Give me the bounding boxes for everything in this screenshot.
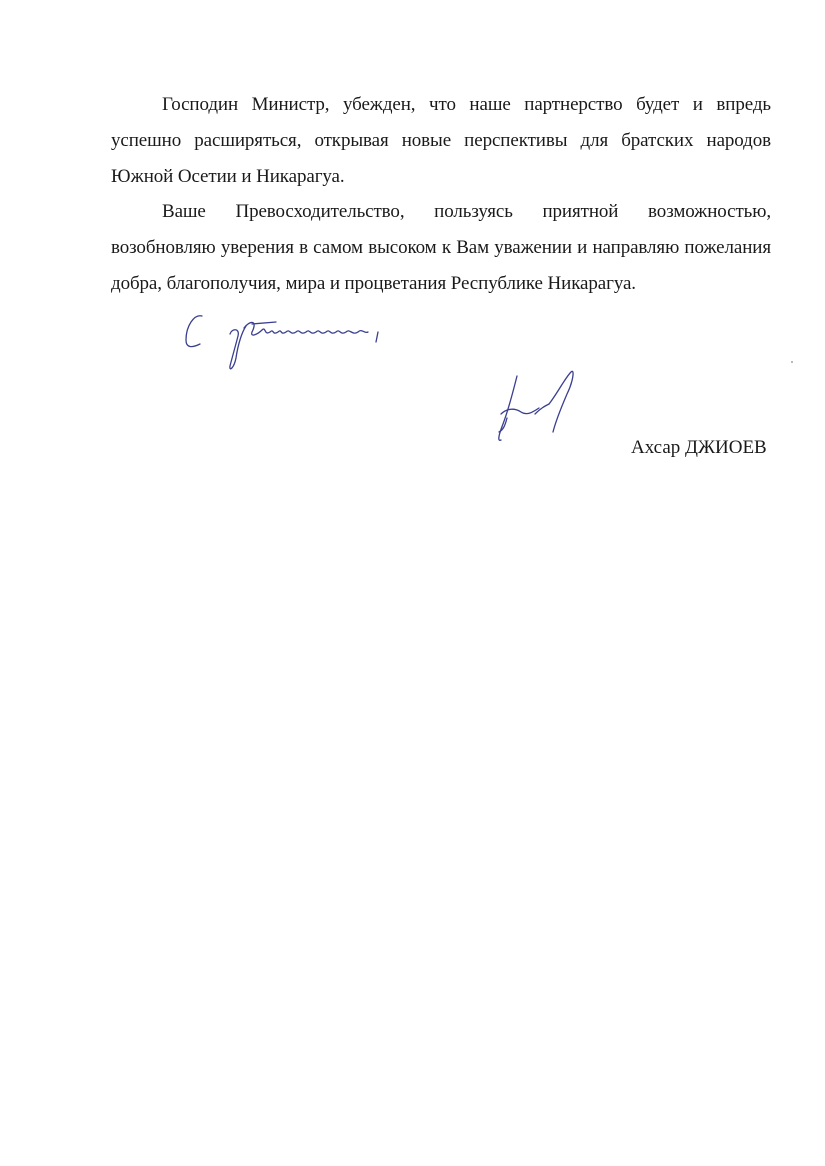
handwriting-icon bbox=[180, 302, 410, 382]
handwritten-closing: С уважением, bbox=[180, 302, 410, 382]
signatory-name: Ахсар ДЖИОЕВ bbox=[631, 437, 767, 459]
signature bbox=[487, 368, 582, 448]
body-paragraph-regards: Ваше Превосходительство, пользуясь прият… bbox=[111, 194, 771, 302]
scan-speck bbox=[791, 361, 793, 363]
letter-page: Господин Министр, убежден, что наше парт… bbox=[0, 0, 825, 1166]
signature-icon bbox=[487, 368, 582, 448]
body-paragraph-partnership: Господин Министр, убежден, что наше парт… bbox=[111, 87, 771, 195]
